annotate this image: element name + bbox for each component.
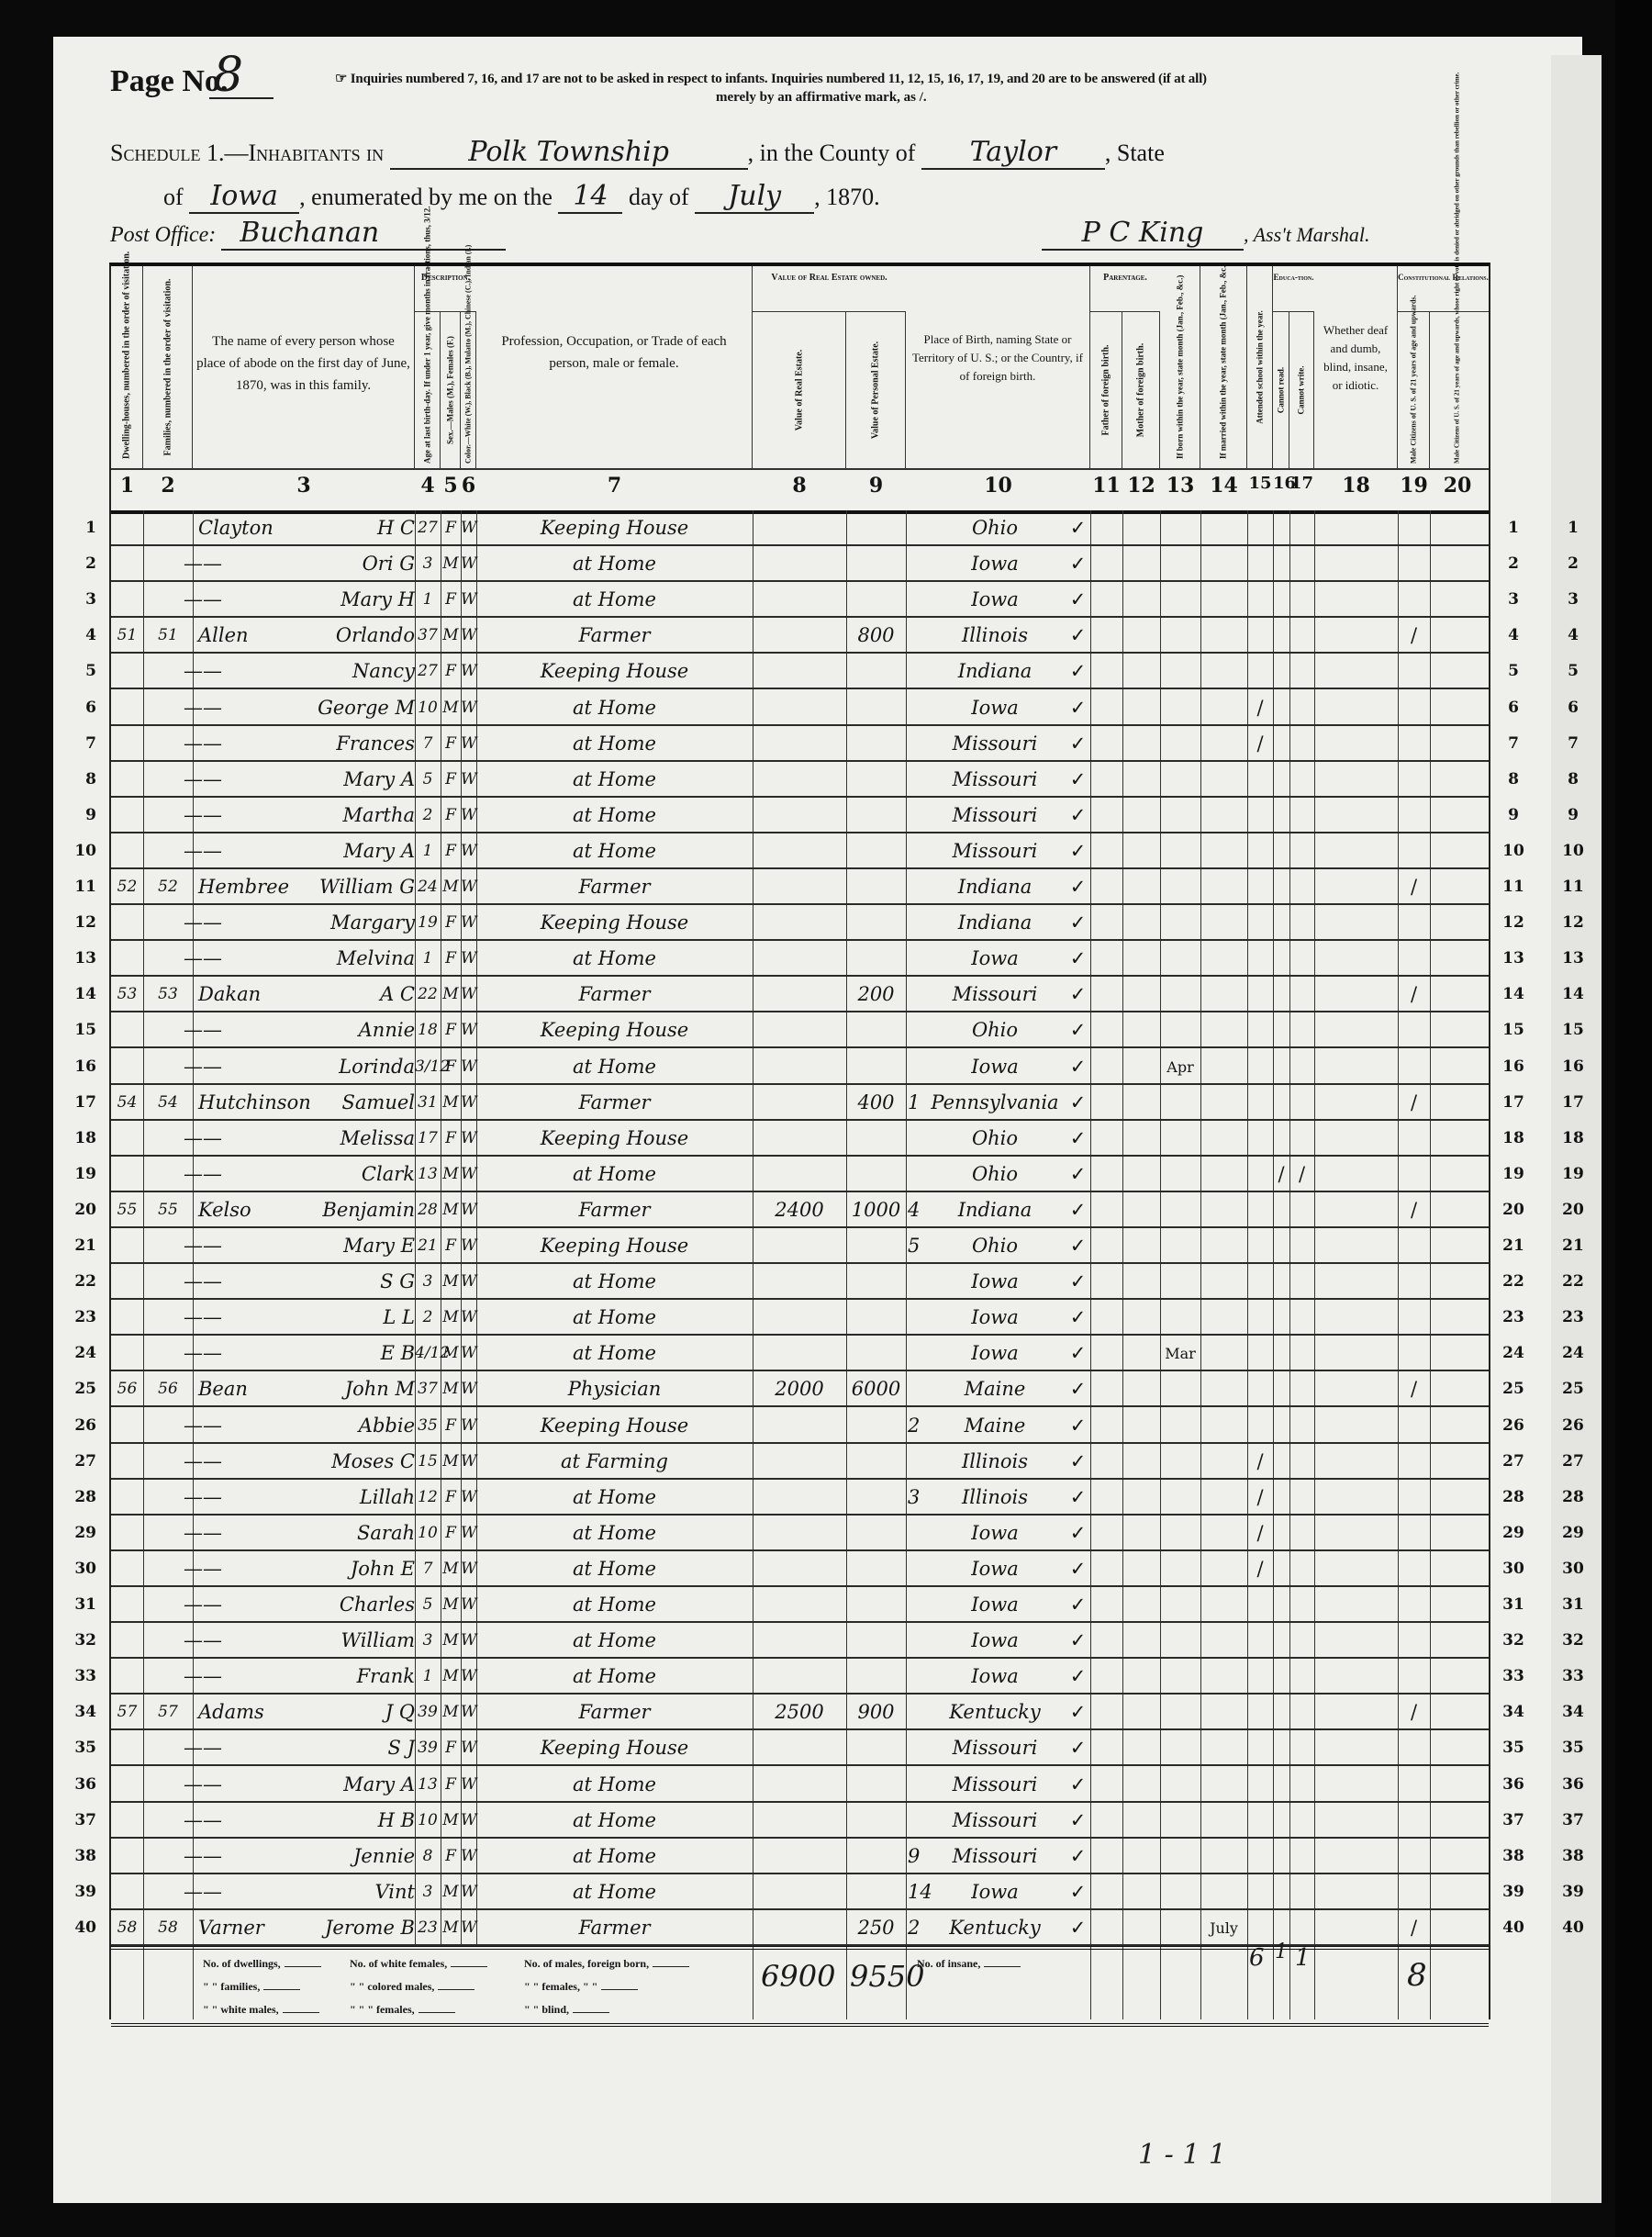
cell-surname: —— xyxy=(166,798,240,832)
cell-c15: / xyxy=(1247,1516,1273,1549)
cell-c19: / xyxy=(1398,1371,1430,1405)
cell-c13 xyxy=(1160,762,1200,796)
cell-check: ✓ xyxy=(1066,1228,1090,1262)
cell-sex: M xyxy=(441,1300,461,1334)
cell-check: ✓ xyxy=(1066,1408,1090,1442)
table-row: 121212——Margary19FWKeeping HouseIndiana✓ xyxy=(111,905,1489,941)
cell-c17 xyxy=(1289,1730,1314,1764)
cell-surname: —— xyxy=(166,1516,240,1549)
cell-c19 xyxy=(1398,905,1430,939)
cell-check: ✓ xyxy=(1066,1659,1090,1693)
cell-sex: M xyxy=(441,1587,461,1621)
enumeration-line: of Iowa, enumerated by me on the 14 day … xyxy=(163,180,880,214)
scan-border xyxy=(1615,0,1652,2237)
cell-real xyxy=(753,1012,846,1046)
table-row: 181818——Melissa17FWKeeping HouseOhio✓ xyxy=(111,1121,1489,1157)
cell-real xyxy=(753,1803,846,1837)
cell-occupation: at Home xyxy=(476,762,753,796)
cell-sex: F xyxy=(441,510,461,544)
cell-given: Vint xyxy=(290,1874,415,1908)
cell-real xyxy=(753,1730,846,1764)
cell-real xyxy=(753,977,846,1011)
cell-c15: / xyxy=(1247,1480,1273,1514)
cell-c16 xyxy=(1273,726,1289,760)
cell-birthplace: Iowa xyxy=(926,1336,1064,1370)
cell-birthplace: Missouri xyxy=(926,726,1064,760)
table-row: 393939——Vint3MWat Home14Iowa✓ xyxy=(111,1874,1489,1910)
cell-personal xyxy=(846,1049,906,1083)
cell-age: 1 xyxy=(415,941,441,975)
cell-dwelling xyxy=(111,1480,143,1514)
white-males-label: " " white males, xyxy=(203,2003,279,2016)
total-personal-estate: 9550 xyxy=(850,1959,924,1994)
cell-sex: F xyxy=(441,1012,461,1046)
cell-note xyxy=(908,1767,926,1801)
cell-given: Charles xyxy=(290,1587,415,1621)
cell-c15: / xyxy=(1247,1551,1273,1585)
cell-age: 35 xyxy=(415,1408,441,1442)
cell-note xyxy=(908,546,926,580)
cell-c14 xyxy=(1200,1157,1247,1191)
cell-c16 xyxy=(1273,1695,1289,1728)
cell-sex: F xyxy=(441,654,461,688)
cell-occupation: Farmer xyxy=(476,1910,753,1944)
cell-dwelling: 56 xyxy=(111,1371,143,1405)
cell-c17 xyxy=(1289,546,1314,580)
col-14-header: If married within the year, state month … xyxy=(1200,266,1247,468)
table-row: 303030——John E7MWat HomeIowa✓/ xyxy=(111,1551,1489,1587)
cell-age: 3/12 xyxy=(415,1049,441,1083)
cell-c19: / xyxy=(1398,977,1430,1011)
white-females-label: No. of white females, xyxy=(350,1957,447,1970)
cell-c19 xyxy=(1398,1551,1430,1585)
cell-sex: F xyxy=(441,833,461,867)
row-number-left: 14 xyxy=(69,977,96,1012)
page-number: 8 xyxy=(213,48,243,103)
cell-personal xyxy=(846,654,906,688)
cell-note xyxy=(908,1587,926,1621)
cell-dwelling xyxy=(111,690,143,724)
col-9-header: Value of Personal Estate. xyxy=(846,312,906,468)
cell-c14 xyxy=(1200,1516,1247,1549)
cell-c15 xyxy=(1247,1408,1273,1442)
row-number-right: 23 xyxy=(1495,1300,1532,1336)
cell-real xyxy=(753,1444,846,1478)
cell-c16 xyxy=(1273,941,1289,975)
cell-c17 xyxy=(1289,977,1314,1011)
cell-given: Frances xyxy=(290,726,415,760)
row-number-adjacent: 21 xyxy=(1559,1228,1587,1264)
cell-c14 xyxy=(1200,1121,1247,1155)
cell-personal xyxy=(846,1157,906,1191)
cell-given: Annie xyxy=(290,1012,415,1046)
row-number-adjacent: 30 xyxy=(1559,1551,1587,1587)
cell-family: 58 xyxy=(143,1910,193,1944)
cell-given: Mary A xyxy=(290,1767,415,1801)
table-row: 111ClaytonH C27FWKeeping HouseOhio✓ xyxy=(111,510,1489,546)
cell-c14 xyxy=(1200,1730,1247,1764)
table-row: 262626——Abbie35FWKeeping House2Maine✓ xyxy=(111,1408,1489,1444)
cell-check: ✓ xyxy=(1066,618,1090,652)
cell-c17 xyxy=(1289,690,1314,724)
cell-color: W xyxy=(461,1767,476,1801)
cell-personal: 800 xyxy=(846,618,906,652)
cell-dwelling xyxy=(111,510,143,544)
cell-surname: Hutchinson xyxy=(198,1085,290,1119)
summary-footer: No. of dwellings, " " families, " " whit… xyxy=(111,1946,1489,2027)
cell-check: ✓ xyxy=(1066,1874,1090,1908)
cell-c15 xyxy=(1247,1157,1273,1191)
cell-c19 xyxy=(1398,1730,1430,1764)
cell-color: W xyxy=(461,1551,476,1585)
cell-surname: —— xyxy=(166,1049,240,1083)
row-number-right: 20 xyxy=(1495,1192,1532,1228)
cell-c14 xyxy=(1200,1012,1247,1046)
cell-dwelling xyxy=(111,1408,143,1442)
cell-personal xyxy=(846,869,906,903)
cell-c17 xyxy=(1289,1803,1314,1837)
cell-color: W xyxy=(461,654,476,688)
cell-real xyxy=(753,1408,846,1442)
cell-age: 7 xyxy=(415,726,441,760)
row-number-adjacent: 32 xyxy=(1559,1623,1587,1659)
row-number-right: 39 xyxy=(1495,1874,1532,1910)
cell-dwelling xyxy=(111,1049,143,1083)
cell-dwelling xyxy=(111,941,143,975)
cell-age: 4/12 xyxy=(415,1336,441,1370)
cell-color: W xyxy=(461,1623,476,1657)
cell-c17 xyxy=(1289,798,1314,832)
cell-sex: F xyxy=(441,1516,461,1549)
row-number-adjacent: 29 xyxy=(1559,1516,1587,1551)
cell-given: E B xyxy=(290,1336,415,1370)
row-number-left: 28 xyxy=(69,1480,96,1516)
cell-age: 5 xyxy=(415,762,441,796)
cell-age: 39 xyxy=(415,1730,441,1764)
cell-real xyxy=(753,1264,846,1298)
cell-sex: F xyxy=(441,1839,461,1873)
row-number-adjacent: 8 xyxy=(1559,762,1587,798)
cell-real xyxy=(753,546,846,580)
cell-real xyxy=(753,1623,846,1657)
cell-birthplace: Missouri xyxy=(926,1730,1064,1764)
cell-occupation: at Home xyxy=(476,1300,753,1334)
cell-birthplace: Indiana xyxy=(926,905,1064,939)
blind-label: " " blind, xyxy=(524,2003,569,2016)
row-number-adjacent: 18 xyxy=(1559,1121,1587,1157)
table-row: 212121——Mary E21FWKeeping House5Ohio✓ xyxy=(111,1228,1489,1264)
row-number-left: 39 xyxy=(69,1874,96,1910)
bottom-scrawl: 1 - 1 1 xyxy=(1138,2139,1226,2171)
cell-note xyxy=(908,582,926,616)
cell-surname: —— xyxy=(166,1012,240,1046)
row-number-right: 37 xyxy=(1495,1803,1532,1839)
row-number-adjacent: 33 xyxy=(1559,1659,1587,1695)
cell-given: H C xyxy=(290,510,415,544)
cell-real xyxy=(753,690,846,724)
cell-dwelling xyxy=(111,1587,143,1621)
cell-age: 5 xyxy=(415,1587,441,1621)
cell-c13 xyxy=(1160,1408,1200,1442)
cell-c15 xyxy=(1247,1264,1273,1298)
cell-personal xyxy=(846,1228,906,1262)
cell-c17 xyxy=(1289,1444,1314,1478)
table-row: 242424——E B4/12MWat HomeIowa✓Mar xyxy=(111,1336,1489,1371)
cell-real: 2000 xyxy=(753,1371,846,1405)
cell-c16 xyxy=(1273,1121,1289,1155)
table-row: 1717175454HutchinsonSamuel31MWFarmer4001… xyxy=(111,1085,1489,1121)
cell-note xyxy=(908,1049,926,1083)
cell-surname: —— xyxy=(166,1121,240,1155)
cell-birthplace: Iowa xyxy=(926,1623,1064,1657)
cell-real xyxy=(753,1659,846,1693)
cell-color: W xyxy=(461,1730,476,1764)
cell-sex: F xyxy=(441,798,461,832)
cell-birthplace: Missouri xyxy=(926,1839,1064,1873)
cell-occupation: at Home xyxy=(476,582,753,616)
cell-family: 53 xyxy=(143,977,193,1011)
table-row: 161616——Lorinda3/12FWat HomeIowa✓Apr xyxy=(111,1049,1489,1085)
cell-color: W xyxy=(461,726,476,760)
cell-given: Abbie xyxy=(290,1408,415,1442)
row-number-adjacent: 24 xyxy=(1559,1336,1587,1371)
col-18-header: Whether deaf and dumb, blind, insane, or… xyxy=(1314,266,1398,468)
cell-c19: / xyxy=(1398,869,1430,903)
cell-personal xyxy=(846,690,906,724)
row-number-left: 24 xyxy=(69,1336,96,1371)
cell-c14 xyxy=(1200,654,1247,688)
cell-real xyxy=(753,905,846,939)
cell-color: W xyxy=(461,1371,476,1405)
cell-age: 13 xyxy=(415,1157,441,1191)
cell-c13: Apr xyxy=(1160,1049,1200,1083)
cell-personal xyxy=(846,1587,906,1621)
cell-c14 xyxy=(1200,546,1247,580)
row-number-left: 31 xyxy=(69,1587,96,1623)
cell-color: W xyxy=(461,1336,476,1370)
cell-c13 xyxy=(1160,1516,1200,1549)
row-number-adjacent: 11 xyxy=(1559,869,1587,905)
row-number-right: 7 xyxy=(1495,726,1532,762)
col-5-header: Sex.—Males (M.), Females (F.) xyxy=(441,312,461,468)
post-office-label: Post Office: xyxy=(110,223,216,247)
cell-given: Melvina xyxy=(290,941,415,975)
cell-occupation: Keeping House xyxy=(476,1121,753,1155)
cell-dwelling xyxy=(111,1839,143,1873)
cell-surname: —— xyxy=(166,1264,240,1298)
cell-age: 1 xyxy=(415,582,441,616)
cell-real xyxy=(753,1157,846,1191)
cell-c16 xyxy=(1273,1085,1289,1119)
cell-c19 xyxy=(1398,546,1430,580)
row-number-right: 14 xyxy=(1495,977,1532,1012)
row-number-left: 1 xyxy=(69,510,96,546)
table-row: 1111115252HembreeWilliam G24MWFarmerIndi… xyxy=(111,869,1489,905)
cell-check: ✓ xyxy=(1066,1839,1090,1873)
cell-dwelling: 51 xyxy=(111,618,143,652)
cell-c16 xyxy=(1273,1480,1289,1514)
cell-personal: 6000 xyxy=(846,1371,906,1405)
cell-sex: M xyxy=(441,1085,461,1119)
row-number-left: 17 xyxy=(69,1085,96,1121)
cell-note: 2 xyxy=(908,1910,926,1944)
cell-c14 xyxy=(1200,582,1247,616)
cell-note xyxy=(908,654,926,688)
cell-occupation: at Home xyxy=(476,1516,753,1549)
cell-c14 xyxy=(1200,1192,1247,1226)
cell-surname: Hembree xyxy=(198,869,290,903)
cell-c13 xyxy=(1160,1444,1200,1478)
cell-c16 xyxy=(1273,510,1289,544)
cell-personal xyxy=(846,1874,906,1908)
cell-c15 xyxy=(1247,1228,1273,1262)
cell-color: W xyxy=(461,1049,476,1083)
colored-females-label: " " " females, xyxy=(350,2003,415,2016)
cell-color: W xyxy=(461,1839,476,1873)
col-11-header: Father of foreign birth. xyxy=(1090,312,1122,468)
row-number-right: 15 xyxy=(1495,1012,1532,1048)
col-8-header: Value of Real Estate. xyxy=(753,312,846,468)
col-7-header: Profession, Occupation, or Trade of each… xyxy=(476,266,753,468)
cell-dwelling: 53 xyxy=(111,977,143,1011)
row-number-adjacent: 17 xyxy=(1559,1085,1587,1121)
cell-personal xyxy=(846,1839,906,1873)
cell-given: Jennie xyxy=(290,1839,415,1873)
row-number-right: 32 xyxy=(1495,1623,1532,1659)
row-number-adjacent: 28 xyxy=(1559,1480,1587,1516)
cell-c13 xyxy=(1160,905,1200,939)
cell-given: Mary A xyxy=(290,762,415,796)
cell-surname: —— xyxy=(166,582,240,616)
cell-sex: M xyxy=(441,1695,461,1728)
cell-age: 22 xyxy=(415,977,441,1011)
row-number-adjacent: 38 xyxy=(1559,1839,1587,1874)
cell-c14 xyxy=(1200,762,1247,796)
cell-c19 xyxy=(1398,833,1430,867)
cell-real xyxy=(753,1516,846,1549)
cell-personal xyxy=(846,1803,906,1837)
cell-c19: / xyxy=(1398,1192,1430,1226)
cell-c19 xyxy=(1398,1480,1430,1514)
cell-c16 xyxy=(1273,1803,1289,1837)
cell-surname: —— xyxy=(166,762,240,796)
cell-occupation: at Home xyxy=(476,1049,753,1083)
col-2-header: Families, numbered in the order of visit… xyxy=(143,266,193,468)
cell-c14 xyxy=(1200,1767,1247,1801)
cell-given: Clark xyxy=(290,1157,415,1191)
cell-given: Margary xyxy=(290,905,415,939)
cell-note xyxy=(908,1551,926,1585)
cell-personal xyxy=(846,1408,906,1442)
cell-c17 xyxy=(1289,1264,1314,1298)
cell-c13 xyxy=(1160,1839,1200,1873)
cell-occupation: Keeping House xyxy=(476,654,753,688)
row-number-adjacent: 4 xyxy=(1559,618,1587,654)
cell-surname: Varner xyxy=(198,1910,290,1944)
cell-note: 1 xyxy=(908,1085,926,1119)
table-row: 222——Ori G3MWat HomeIowa✓ xyxy=(111,546,1489,582)
cell-age: 37 xyxy=(415,1371,441,1405)
cell-birthplace: Iowa xyxy=(926,1659,1064,1693)
cell-dwelling xyxy=(111,1551,143,1585)
cell-dwelling xyxy=(111,833,143,867)
cell-occupation: at Home xyxy=(476,1157,753,1191)
cell-check: ✓ xyxy=(1066,905,1090,939)
cell-note xyxy=(908,1695,926,1728)
cell-c14 xyxy=(1200,1085,1247,1119)
cell-surname: Allen xyxy=(198,618,290,652)
cell-dwelling xyxy=(111,1121,143,1155)
cell-occupation: Keeping House xyxy=(476,905,753,939)
cell-surname: —— xyxy=(166,1587,240,1621)
cell-dwelling xyxy=(111,1264,143,1298)
cell-c19 xyxy=(1398,690,1430,724)
cell-birthplace: Kentucky xyxy=(926,1695,1064,1728)
cell-given: Lillah xyxy=(290,1480,415,1514)
cell-check: ✓ xyxy=(1066,1121,1090,1155)
cell-occupation: at Home xyxy=(476,1336,753,1370)
cell-real xyxy=(753,1336,846,1370)
cell-dwelling xyxy=(111,1659,143,1693)
table-row: 151515——Annie18FWKeeping HouseOhio✓ xyxy=(111,1012,1489,1048)
cell-personal xyxy=(846,546,906,580)
cell-c14 xyxy=(1200,726,1247,760)
cell-c17 xyxy=(1289,905,1314,939)
row-number-left: 36 xyxy=(69,1767,96,1803)
cell-c16 xyxy=(1273,1408,1289,1442)
cell-age: 18 xyxy=(415,1012,441,1046)
cell-check: ✓ xyxy=(1066,833,1090,867)
cell-surname: —— xyxy=(166,1551,240,1585)
cell-sex: M xyxy=(441,1264,461,1298)
cell-c13 xyxy=(1160,1659,1200,1693)
cell-given: L L xyxy=(290,1300,415,1334)
cell-sex: F xyxy=(441,582,461,616)
cell-note xyxy=(908,1336,926,1370)
cell-check: ✓ xyxy=(1066,582,1090,616)
row-number-left: 19 xyxy=(69,1157,96,1192)
cell-c19 xyxy=(1398,1587,1430,1621)
cell-dwelling xyxy=(111,1623,143,1657)
cell-occupation: at Home xyxy=(476,941,753,975)
cell-c13 xyxy=(1160,1157,1200,1191)
cell-c16 xyxy=(1273,1730,1289,1764)
row-number-right: 10 xyxy=(1495,833,1532,869)
row-number-right: 28 xyxy=(1495,1480,1532,1516)
row-number-adjacent: 5 xyxy=(1559,654,1587,689)
cell-dwelling: 52 xyxy=(111,869,143,903)
cell-age: 2 xyxy=(415,798,441,832)
cell-c15 xyxy=(1247,546,1273,580)
row-number-adjacent: 37 xyxy=(1559,1803,1587,1839)
cell-c15: / xyxy=(1247,690,1273,724)
cell-birthplace: Iowa xyxy=(926,1049,1064,1083)
col-20-header: Male Citizens of U. S. of 21 years of ag… xyxy=(1430,312,1485,468)
instructions-line-1: ☞ Inquiries numbered 7, 16, and 17 are n… xyxy=(335,70,1510,87)
cell-dwelling xyxy=(111,582,143,616)
cell-c19 xyxy=(1398,1444,1430,1478)
cell-real xyxy=(753,1085,846,1119)
marshal-line: P C King, Ass't Marshal. xyxy=(1042,217,1370,251)
cell-birthplace: Indiana xyxy=(926,869,1064,903)
col-17-header: Cannot write. xyxy=(1289,312,1314,468)
cell-c15 xyxy=(1247,618,1273,652)
cell-check: ✓ xyxy=(1066,1623,1090,1657)
cell-c15: / xyxy=(1247,726,1273,760)
cell-occupation: at Home xyxy=(476,1551,753,1585)
cell-personal xyxy=(846,1300,906,1334)
table-row: 777——Frances7FWat HomeMissouri✓/ xyxy=(111,726,1489,762)
